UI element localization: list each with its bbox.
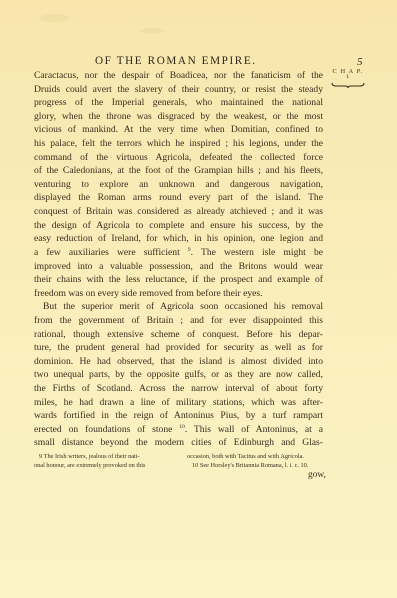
running-title: OF THE ROMAN EMPIRE.	[95, 55, 257, 67]
text-segment: . The western isle might be	[191, 247, 323, 258]
paper-stain	[140, 28, 164, 34]
text-segment: erected on foundations of stone	[34, 424, 172, 435]
text-line: freedom was on every side removed from b…	[34, 287, 323, 301]
text-line: venturing to explore an unknown and dang…	[34, 178, 323, 192]
text-line-with-note: erected on foundations of stone 10. This…	[34, 423, 323, 437]
text-line: from the government of Britain ; and for…	[34, 314, 323, 328]
text-line: small distance beyond the modern cities …	[34, 436, 323, 450]
text-line: the Firths of Scotland. Across the narro…	[34, 382, 323, 396]
text-line: ture, the prudent general had provided f…	[34, 341, 323, 355]
text-line: the design of Agricola to complete and e…	[34, 219, 323, 233]
text-line: two unequal parts, by the opposite gulfs…	[34, 368, 323, 382]
text-line: their chains with the less reluctance, i…	[34, 273, 323, 287]
text-segment: a few auxiliaries were sufficient	[34, 247, 180, 258]
text-line: command of the virtuous Agricola, defeat…	[34, 151, 323, 165]
text-line: glory, when the throne was disgraced by …	[34, 110, 323, 124]
footnote-line: occasion, both with Tacitus and with Agr…	[187, 452, 327, 461]
page-number: 5	[357, 56, 363, 68]
text-segment: . This wall of Antoninus, at a	[185, 424, 323, 435]
running-head: OF THE ROMAN EMPIRE. 5	[0, 55, 397, 69]
text-line: Caractacus, nor the despair of Boadicea,…	[34, 69, 323, 83]
text-line: vicious of mankind. At the very time whe…	[34, 123, 323, 137]
footnote-column-right: occasion, both with Tacitus and with Agr…	[187, 452, 327, 470]
brace-icon	[331, 82, 365, 88]
text-line: improved into a valuable possession, and…	[34, 260, 323, 274]
body-text: Caractacus, nor the despair of Boadicea,…	[34, 69, 323, 450]
text-line: progress of the Imperial generals, who m…	[34, 96, 323, 110]
footnote-line: 9 The Irish writers, jealous of their na…	[34, 452, 174, 461]
catchword: gow,	[308, 470, 326, 480]
footnote-column-left: 9 The Irish writers, jealous of their na…	[34, 452, 174, 470]
book-page: OF THE ROMAN EMPIRE. 5 C H A P. I. Carac…	[0, 0, 397, 598]
text-line-with-note: a few auxiliaries were sufficient 9. The…	[34, 246, 323, 260]
text-line: rational, though extensive scheme of con…	[34, 328, 323, 342]
chapter-marker: C H A P. I.	[328, 68, 368, 88]
text-line: easy reduction of Ireland, for which, in…	[34, 232, 323, 246]
text-line: wards fortified in the reign of Antoninu…	[34, 409, 323, 423]
text-line: dominion. He had observed, that the isla…	[34, 355, 323, 369]
text-line: But the superior merit of Agricola soon …	[34, 300, 323, 314]
footnote-line: onal honour, are extremely provoked on t…	[34, 461, 174, 470]
text-line: displayed the Roman arms round every par…	[34, 191, 323, 205]
text-line: of the Caledonians, at the foot of the G…	[34, 164, 323, 178]
paper-stain	[40, 14, 70, 22]
footnote-line: 10 See Horsley's Britannia Romana, l. i.…	[187, 461, 327, 470]
chapter-number: I.	[328, 75, 368, 80]
text-line: Druids could avert the slavery of their …	[34, 83, 323, 97]
text-line: his palace, felt the terrors which he in…	[34, 137, 323, 151]
text-line: conquest of Britain was considered as al…	[34, 205, 323, 219]
text-line: miles, he had drawn a line of military s…	[34, 396, 323, 410]
